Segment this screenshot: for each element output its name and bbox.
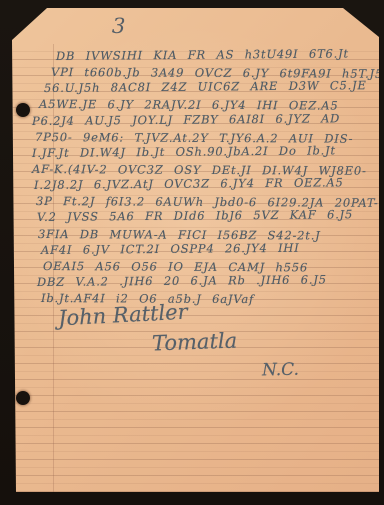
signature-place: Tomatla xyxy=(152,329,238,356)
handwritten-line: 56.U.J5h 8AC8I Z4Z UIC6Z ARE D3W C5.JE xyxy=(44,77,374,96)
handwritten-line: I.JF.Jt DI.W4J Ib.Jt OSh.90.JbA.2I Do Ib… xyxy=(32,142,374,161)
handwritten-line: I.2J8.2J 6.JVZ.AtJ OVC3Z 6.JY4 FR OEZ.A5 xyxy=(34,174,374,193)
page-number: 3 xyxy=(112,14,126,38)
photo-background: 3 DB IVWSIHI KIA FR AS h3tU49I 6T6.Jt VP… xyxy=(0,0,384,505)
handwritten-line: DBZ V.A.2 .JIH6 20 6.JA Rb .JIH6 6.J5 xyxy=(37,271,374,290)
handwritten-line: AF4I 6.JV ICT.2I OSPP4 26.JY4 IHI xyxy=(41,239,374,258)
handwritten-line: P6.2J4 AU.J5 JOY.LJ FZBY 6AI8I 6.JYZ AD xyxy=(32,110,374,129)
handwritten-line: V.2 JVSS 5A6 FR DId6 IbJ6 5VZ KAF 6.J5 xyxy=(37,206,374,225)
handwritten-body: DB IVWSIHI KIA FR AS h3tU49I 6T6.Jt VPI … xyxy=(30,48,374,306)
punch-hole-top xyxy=(16,103,30,117)
punch-hole-bottom xyxy=(16,391,30,405)
handwritten-line: DB IVWSIHI KIA FR AS h3tU49I 6T6.Jt xyxy=(56,45,374,64)
paper-sheet: 3 DB IVWSIHI KIA FR AS h3tU49I 6T6.Jt VP… xyxy=(0,0,384,505)
signature-state: N.C. xyxy=(262,360,299,381)
